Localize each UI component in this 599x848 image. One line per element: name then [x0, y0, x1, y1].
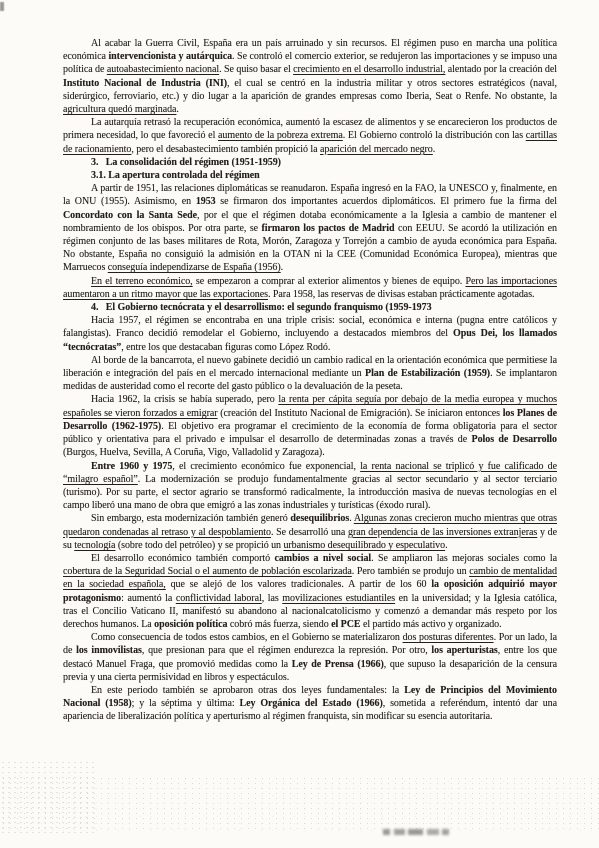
text-segment: El desarrollo económico también comportó [91, 553, 274, 564]
text-segment: Ley Orgánica del Estado (1966) [239, 698, 382, 709]
text-segment: conseguía independizarse de España (1956… [108, 262, 281, 273]
text-segment: Como consecuencia de todos estos cambios… [91, 632, 403, 643]
text-segment: cambios a nivel social [274, 553, 371, 564]
text-segment: , el crecimiento económico fue exponenci… [172, 461, 360, 472]
text-segment: intervencionista y autárquica [108, 51, 232, 62]
text-segment: firmaron los pactos de Madrid [262, 223, 395, 234]
text-segment: se firmaron dos importantes acuerdos dip… [216, 196, 557, 207]
paragraph: El desarrollo económico también comportó… [63, 552, 557, 631]
text-segment: , entre los que destacaban figuras como … [121, 342, 330, 353]
text-segment: Concordato con la Santa Sede [63, 210, 197, 221]
text-segment: 1953 [196, 196, 216, 207]
document-body: Al acabar la Guerra Civil, España era un… [63, 37, 557, 724]
paragraph: Entre 1960 y 1975, el crecimiento económ… [63, 460, 557, 513]
text-segment: crecimiento en el desarrollo industrial, [293, 64, 445, 75]
text-segment: (sobre todo del petróleo) y se propició … [115, 540, 283, 551]
text-segment: los inmovilistas [76, 645, 142, 656]
text-segment: tecnología [74, 540, 115, 551]
text-segment: . Se quiso basar el [219, 64, 293, 75]
text-segment: se empezaron a comprar al exterior alime… [193, 276, 466, 287]
text-segment: desequilibrios [290, 513, 349, 524]
text-segment: Hacia 1962, la crisis se había superado,… [91, 394, 278, 405]
text-segment: . El Gobierno controló la distribución c… [343, 130, 526, 141]
text-segment: 3. La consolidación del régimen (1951-19… [91, 157, 281, 168]
section-heading: 3.1. La apertura controlada del régimen [63, 169, 557, 182]
text-segment: . La modernización se produjo fundamenta… [63, 474, 557, 511]
paragraph: En este periodo también se aprobaron otr… [63, 684, 557, 724]
paragraph: Al acabar la Guerra Civil, España era un… [63, 37, 557, 116]
text-segment: conflictividad laboral [176, 593, 262, 604]
section-heading: 3. La consolidación del régimen (1951-19… [63, 156, 557, 169]
text-segment: alentado por la creación del [445, 64, 557, 75]
text-segment: . [176, 104, 178, 115]
text-segment: cobertura de la Seguridad Social o el au… [63, 566, 352, 577]
section-heading: 4. El Gobierno tecnócrata y el desarroll… [63, 301, 557, 314]
text-segment: el partido más activo y organizado. [361, 619, 502, 630]
text-segment: : aumentó la [121, 593, 176, 604]
text-segment: oposición política [154, 619, 227, 630]
text-segment: aumento de la pobreza extrema [218, 130, 343, 141]
text-segment: dos posturas diferentes [403, 632, 494, 643]
text-segment: . Se desarrolló una [271, 527, 348, 538]
paragraph: Hacia 1962, la crisis se había superado,… [63, 393, 557, 459]
text-segment: que se alejó de los valores tradicionale… [166, 579, 432, 590]
paragraph: Al borde de la bancarrota, el nuevo gabi… [63, 354, 557, 394]
text-segment: En el terreno económico, [91, 276, 193, 287]
text-segment: el PCE [331, 619, 360, 630]
text-segment: En este periodo también se aprobaron otr… [91, 685, 404, 696]
text-segment: Polos de Desarrollo [472, 434, 557, 445]
scanned-document-page: Al acabar la Guerra Civil, España era un… [0, 0, 599, 848]
text-segment: (Burgos, Huelva, Sevilla, A Coruña, Vigo… [63, 447, 325, 458]
paragraph: Hacia 1957, el régimen se encontraba en … [63, 314, 557, 354]
text-segment: . [433, 144, 435, 155]
text-segment: . Para 1958, las reservas de divisas est… [268, 289, 535, 300]
paragraph: A partir de 1951, las relaciones diplomá… [63, 182, 557, 274]
text-segment: , que presionan para que el régimen endu… [142, 645, 432, 656]
text-segment: aparición del mercado negro [320, 144, 433, 155]
text-segment: . [281, 262, 283, 273]
paragraph: Sin embargo, esta modernización también … [63, 512, 557, 552]
text-segment: 4. El Gobierno tecnócrata y el desarroll… [91, 302, 432, 313]
text-segment: . [445, 540, 447, 551]
paragraph: Como consecuencia de todos estos cambios… [63, 631, 557, 684]
text-segment: Sin embargo, esta modernización también … [91, 513, 290, 524]
text-segment: (creación del Instituto Nacional de Emig… [218, 408, 503, 419]
text-segment: ; y la séptima y última: [132, 698, 240, 709]
text-segment: , pero el desabastecimiento también prop… [131, 144, 320, 155]
text-segment: agricultura quedó marginada [63, 104, 176, 115]
text-segment: 3.1. La apertura controlada del régimen [91, 170, 260, 181]
text-segment: cobró más fuerza, siendo [227, 619, 331, 630]
text-segment: movilizaciones estudiantiles [282, 593, 395, 604]
text-segment: , las [262, 593, 283, 604]
text-segment: los aperturistas [431, 645, 497, 656]
scan-noise-band [0, 776, 599, 832]
text-segment: Entre 1960 y 1975 [91, 461, 172, 472]
scan-noise-corner [0, 760, 95, 835]
footer-smudge-illegible-mark [383, 829, 457, 835]
text-segment: Plan de Estabilización (1959) [365, 368, 490, 379]
text-segment: . Pero también se produjo un [352, 566, 469, 577]
text-segment: autoabastecimiento nacional [107, 64, 219, 75]
paragraph: La autarquía retrasó la recuperación eco… [63, 116, 557, 156]
text-segment: Instituto Nacional de Industria (INI) [63, 78, 227, 89]
text-segment: urbanismo desequilibrado y especulativo [283, 540, 445, 551]
text-segment: . Se ampliaron las mejoras sociales como… [371, 553, 557, 564]
text-segment: gran dependencia de las inversiones extr… [348, 527, 537, 538]
paragraph: En el terreno económico, se empezaron a … [63, 275, 557, 301]
scan-edge-speck [0, 2, 4, 11]
text-segment: Ley de Prensa (1966) [292, 659, 384, 670]
